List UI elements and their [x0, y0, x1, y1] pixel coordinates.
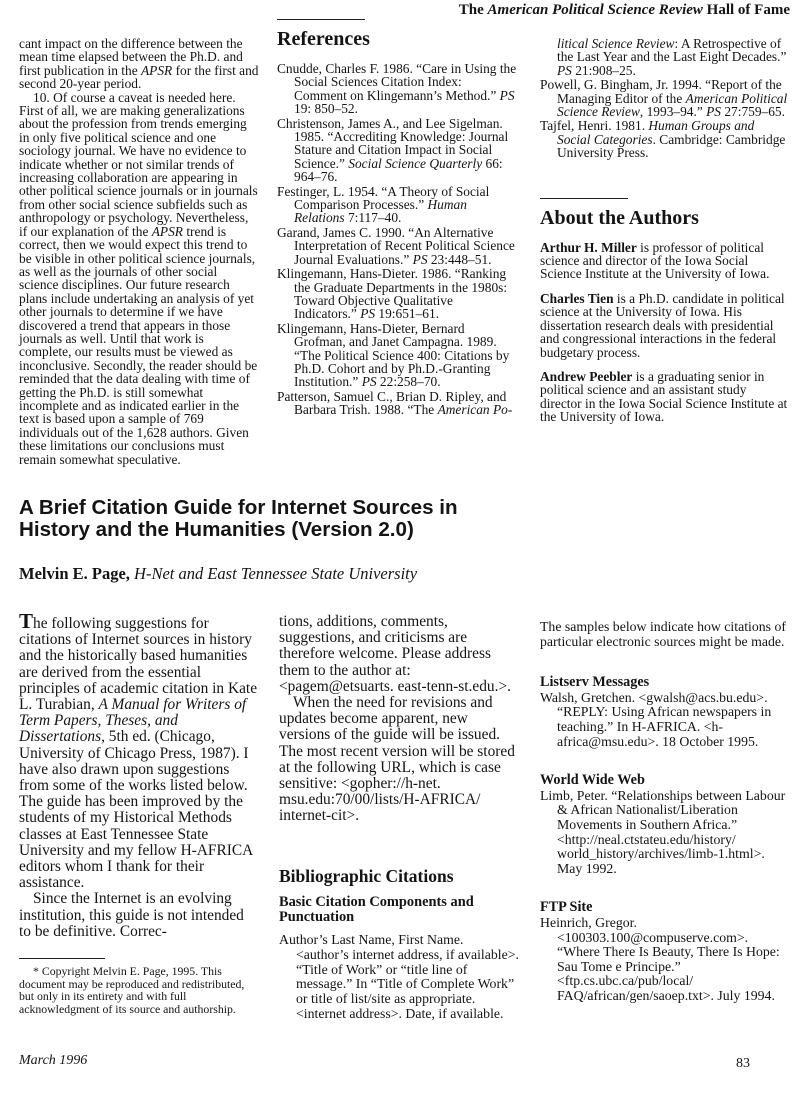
running-head: The American Political Science Review Ha… — [459, 2, 790, 19]
reference-item-continued: litical Science Review: A Retrospective … — [540, 37, 790, 77]
about-authors-heading: About the Authors — [540, 207, 790, 229]
reference-item: Powell, G. Bingham, Jr. 1994. “Report of… — [540, 78, 790, 118]
author-affiliation: H-Net and East Tennessee State Universit… — [134, 564, 417, 583]
citation-template: Author’s Last Name, First Name. <author’… — [279, 933, 519, 1022]
section-heading: Bibliographic Citations — [279, 867, 519, 885]
reference-source: American Po- — [438, 402, 513, 417]
sample-heading: World Wide Web — [540, 773, 790, 788]
reference-detail: , 1993–94.” — [640, 104, 706, 119]
reference-detail: 22:258–70. — [377, 374, 441, 389]
reference-item: Klingemann, Hans-Dieter. 1986. “Ranking … — [277, 267, 517, 321]
references-continued: litical Science Review: A Retrospective … — [540, 37, 790, 435]
reference-detail: 19:651–61. — [375, 306, 439, 321]
author-bio: Charles Tien is a Ph.D. candidate in pol… — [540, 292, 790, 359]
issue-date: March 1996 — [19, 1053, 87, 1069]
sample-citation-section: Listserv MessagesWalsh, Gretchen. <gwals… — [540, 675, 790, 749]
section-rule — [540, 198, 628, 199]
paragraph: When the need for revisions and updates … — [279, 695, 519, 825]
author-bio: Andrew Peebler is a graduating senior in… — [540, 370, 790, 424]
reference-detail: 23:448–51. — [428, 252, 492, 267]
byline: Melvin E. Page, H-Net and East Tennessee… — [19, 564, 417, 584]
reference-item: Klingemann, Hans-Dieter, Bernard Grofman… — [277, 322, 517, 389]
reference-item: Cnudde, Charles F. 1986. “Care in Using … — [277, 62, 517, 116]
reference-detail: 7:117–40. — [345, 210, 402, 225]
reference-source: PS — [362, 374, 377, 389]
sample-entry: Walsh, Gretchen. <gwalsh@acs.bu.edu>. “R… — [540, 691, 790, 749]
intro-paragraph: The following suggestions for citations … — [19, 614, 259, 891]
article-column-2: tions, additions, comments, suggestions,… — [279, 614, 519, 825]
references-section: References Cnudde, Charles F. 1986. “Car… — [277, 19, 517, 418]
article-column-3: The samples below indicate how citations… — [540, 620, 790, 1027]
reference-text: Cnudde, Charles F. 1986. “Care in Using … — [277, 61, 516, 103]
footnote-area: * Copyright Melvin E. Page, 1995. This d… — [19, 958, 259, 1015]
reference-detail: 19: 850–52. — [294, 101, 358, 116]
reference-source: PS — [413, 252, 428, 267]
bibliographic-citations-section: Bibliographic Citations Basic Citation C… — [279, 867, 519, 1023]
author-bio: Arthur H. Miller is professor of politic… — [540, 241, 790, 281]
reference-source: PS — [360, 306, 375, 321]
paragraph: Since the Internet is an evolving instit… — [19, 891, 259, 940]
sample-heading: FTP Site — [540, 900, 790, 915]
copyright-footnote: * Copyright Melvin E. Page, 1995. This d… — [19, 965, 259, 1015]
article-column-1: The following suggestions for citations … — [19, 614, 259, 940]
sample-citation-section: FTP SiteHeinrich, Gregor. <100303.100@co… — [540, 900, 790, 1003]
page-number: 83 — [736, 1056, 750, 1072]
sample-heading: Listserv Messages — [540, 675, 790, 690]
about-authors-section: About the Authors Arthur H. Miller is pr… — [540, 198, 790, 424]
endnote-10: 10. Of course a caveat is needed here. F… — [19, 91, 259, 466]
section-rule — [277, 19, 365, 20]
reference-item: Festinger, L. 1954. “A Theory of Social … — [277, 185, 517, 225]
reference-item: Patterson, Samuel C., Brian D. Ripley, a… — [277, 390, 517, 417]
reference-source: PS — [500, 88, 515, 103]
reference-volume: 27:759–65. — [721, 104, 785, 119]
reference-source: Social Science Quarterly — [348, 156, 482, 171]
footnote-rule — [19, 958, 105, 959]
reference-journal: PS — [706, 104, 721, 119]
drop-cap: T — [19, 609, 33, 633]
paragraph: tions, additions, comments, suggestions,… — [279, 614, 519, 695]
subsection-heading: Basic Citation Components and Punctuatio… — [279, 895, 519, 925]
sample-entry: Limb, Peter. “Relationships between Labo… — [540, 789, 790, 877]
reference-item: Tajfel, Henri. 1981. Human Groups and So… — [540, 119, 790, 159]
endnote-9-continued: cant impact on the difference between th… — [19, 37, 259, 91]
sample-entry: Heinrich, Gregor. <100303.100@compuserve… — [540, 916, 790, 1004]
author-name: Melvin E. Page, — [19, 564, 130, 583]
endnotes-column: cant impact on the difference between th… — [19, 37, 259, 466]
samples-intro: The samples below indicate how citations… — [540, 620, 790, 649]
reference-item: Christenson, James A., and Lee Sigelman.… — [277, 117, 517, 184]
references-heading: References — [277, 28, 517, 50]
reference-item: Garand, James C. 1990. “An Alternative I… — [277, 226, 517, 266]
sample-citation-section: World Wide WebLimb, Peter. “Relationship… — [540, 773, 790, 876]
article-title: A Brief Citation Guide for Internet Sour… — [19, 497, 519, 541]
